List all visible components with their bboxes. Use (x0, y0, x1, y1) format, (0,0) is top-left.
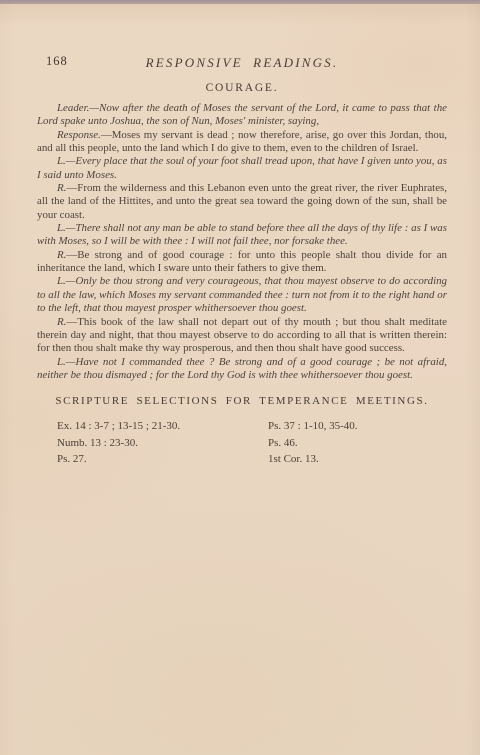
page-header: 168 RESPONSIVE READINGS. (37, 4, 447, 76)
reading-paragraph: R.—Be strong and of good courage : for u… (37, 249, 447, 276)
page-number: 168 (46, 54, 68, 69)
selections-left-column: Ex. 14 : 3-7 ; 13-15 ; 21-30.Numb. 13 : … (37, 418, 268, 467)
selection-item: Ps. 27. (57, 451, 268, 467)
speaker-dash: — (101, 129, 112, 141)
section-title: COURAGE. (37, 82, 447, 94)
speaker-label: R. (57, 182, 66, 194)
reading-paragraph: L.—Have not I commanded thee ? Be strong… (37, 356, 447, 383)
speaker-label: L. (57, 275, 66, 287)
speaker-dash: — (66, 249, 77, 261)
paragraph-text: There shall not any man be able to stand… (37, 222, 447, 247)
paragraph-text: From the wilderness and this Lebanon eve… (37, 182, 447, 221)
speaker-dash: — (66, 182, 77, 194)
scanned-page: 168 RESPONSIVE READINGS. COURAGE. Leader… (0, 0, 480, 755)
book-page: 168 RESPONSIVE READINGS. COURAGE. Leader… (0, 4, 480, 755)
readings-section: Leader.—Now after the death of Moses the… (37, 102, 447, 382)
reading-paragraph: Response.—Moses my servant is dead ; now… (37, 129, 447, 156)
paragraph-text: This book of the law shall not depart ou… (37, 316, 447, 355)
reading-paragraph: L.—Every place that the soul of your foo… (37, 155, 447, 182)
running-title: RESPONSIVE READINGS. (146, 55, 339, 70)
speaker-label: R. (57, 249, 66, 261)
speaker-label: R. (57, 316, 66, 328)
paragraph-text: Now after the death of Moses the servant… (37, 102, 447, 127)
selection-item: Ps. 46. (268, 435, 447, 451)
selection-item: Numb. 13 : 23-30. (57, 435, 268, 451)
reading-paragraph: R.—This book of the law shall not depart… (37, 316, 447, 356)
paragraph-text: Have not I commanded thee ? Be strong an… (37, 356, 447, 381)
selection-item: 1st Cor. 13. (268, 451, 447, 467)
speaker-dash: — (66, 316, 77, 328)
selections-title: SCRIPTURE SELECTIONS FOR TEMPERANCE MEET… (37, 395, 447, 407)
selections-columns: Ex. 14 : 3-7 ; 13-15 ; 21-30.Numb. 13 : … (37, 418, 447, 467)
speaker-label: L. (57, 222, 66, 234)
speaker-label: Response. (57, 129, 101, 141)
speaker-label: L. (57, 356, 66, 368)
reading-paragraph: Leader.—Now after the death of Moses the… (37, 102, 447, 129)
reading-paragraph: L.—There shall not any man be able to st… (37, 222, 447, 249)
selection-item: Ps. 37 : 1-10, 35-40. (268, 418, 447, 434)
selection-item: Ex. 14 : 3-7 ; 13-15 ; 21-30. (57, 418, 268, 434)
paragraph-text: Only be thou strong and very courageous,… (37, 275, 447, 314)
selections-right-column: Ps. 37 : 1-10, 35-40.Ps. 46.1st Cor. 13. (268, 418, 447, 467)
speaker-label: Leader. (57, 102, 89, 114)
speaker-label: L. (57, 155, 66, 167)
paragraph-text: Be strong and of good courage : for unto… (37, 249, 447, 274)
reading-paragraph: L.—Only be thou strong and very courageo… (37, 275, 447, 315)
speaker-dash: — (89, 102, 99, 114)
reading-paragraph: R.—From the wilderness and this Lebanon … (37, 182, 447, 222)
paragraph-text: Every place that the soul of your foot s… (37, 155, 447, 180)
